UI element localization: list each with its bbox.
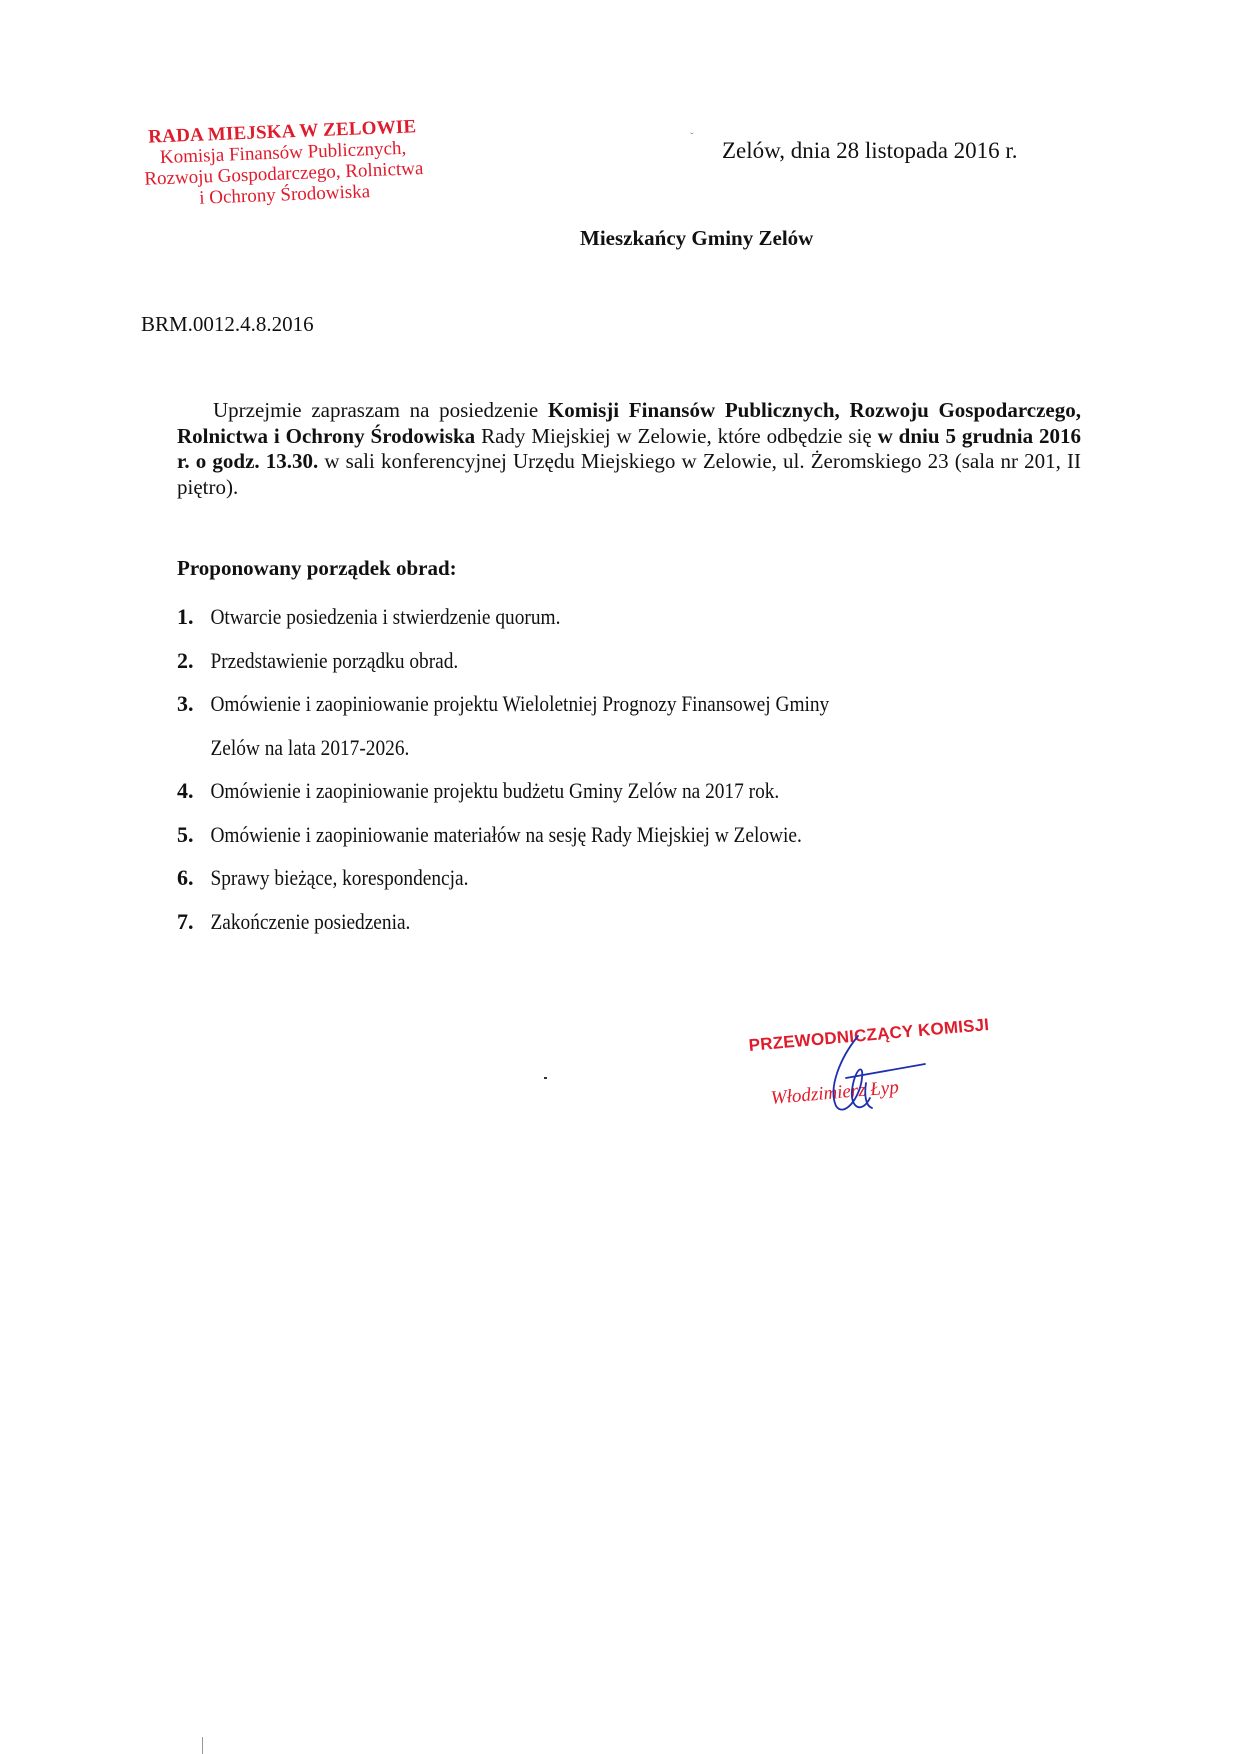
agenda-item-text: Zakończenie posiedzenia. <box>177 900 969 944</box>
agenda-title: Proponowany porządek obrad: <box>177 556 457 581</box>
agenda-item-text: Sprawy bieżące, korespondencja. <box>177 856 969 900</box>
reference-number: BRM.0012.4.8.2016 <box>141 312 314 337</box>
recipient: Mieszkańcy Gminy Zelów <box>580 226 813 251</box>
agenda-item: 7. Zakończenie posiedzenia. <box>177 900 1077 944</box>
agenda-item-text: Omówienie i zaopiniowanie materiałów na … <box>177 813 969 857</box>
agenda-item-text: Przedstawienie porządku obrad. <box>177 639 969 683</box>
signature-stamp: PRZEWODNICZĄCY KOMISJI Włodzimierz Łyp <box>740 1018 980 1138</box>
scan-speck <box>544 1077 547 1079</box>
agenda-item: 2. Przedstawienie porządku obrad. <box>177 639 1077 683</box>
header-stamp: RADA MIEJSKA W ZELOWIE Komisja Finansów … <box>112 115 455 212</box>
invitation-paragraph: Uprzejmie zapraszam na posiedzenie Komis… <box>177 398 1081 500</box>
agenda-item: 1. Otwarcie posiedzenia i stwierdzenie q… <box>177 595 1077 639</box>
scan-artifact-mark: ˇ <box>690 131 694 143</box>
agenda-item-text: Otwarcie posiedzenia i stwierdzenie quor… <box>177 595 969 639</box>
invitation-text-1: Uprzejmie zapraszam na posiedzenie <box>213 398 548 422</box>
agenda-item: 3. Omówienie i zaopiniowanie projektu Wi… <box>177 682 1077 769</box>
agenda-item: 6. Sprawy bieżące, korespondencja. <box>177 856 1077 900</box>
agenda-item: 5. Omówienie i zaopiniowanie materiałów … <box>177 813 1077 857</box>
scan-edge-mark <box>202 1737 203 1754</box>
invitation-text-2: Rady Miejskiej w Zelowie, które odbędzie… <box>475 424 877 448</box>
agenda-item-text: Omówienie i zaopiniowanie projektu budże… <box>177 769 969 813</box>
handwritten-signature-icon <box>800 1028 940 1128</box>
agenda-item: 4. Omówienie i zaopiniowanie projektu bu… <box>177 769 1077 813</box>
agenda-list: 1. Otwarcie posiedzenia i stwierdzenie q… <box>177 595 1077 943</box>
date-line: Zelów, dnia 28 listopada 2016 r. <box>722 138 1018 164</box>
agenda-item-text: Omówienie i zaopiniowanie projektu Wielo… <box>177 682 969 726</box>
agenda-item-continuation: Zelów na lata 2017-2026. <box>177 726 969 770</box>
